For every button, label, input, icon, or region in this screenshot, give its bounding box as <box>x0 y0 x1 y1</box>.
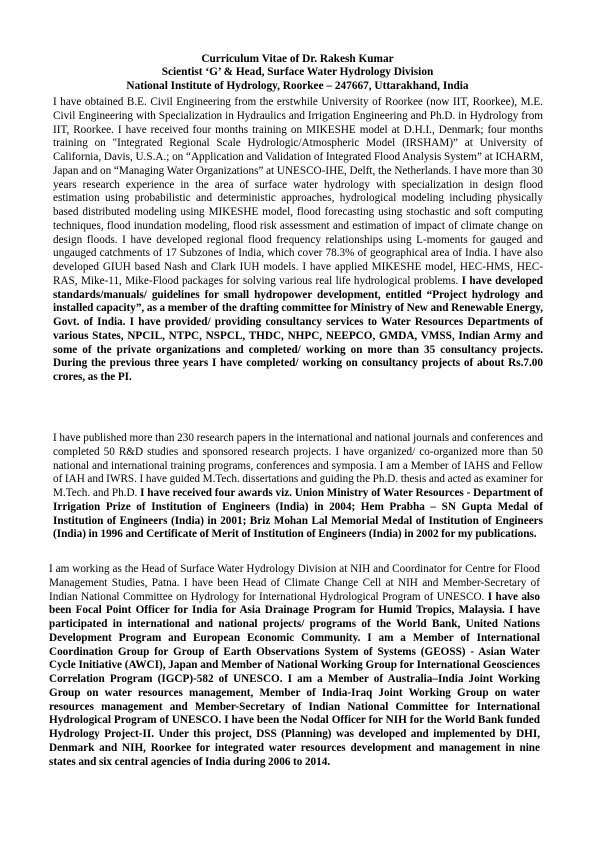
cv-header: Curriculum Vitae of Dr. Rakesh Kumar Sci… <box>0 53 595 93</box>
cv-institute: National Institute of Hydrology, Roorkee… <box>0 80 595 93</box>
paragraph-text: I am working as the Head of Surface Wate… <box>49 563 540 603</box>
paragraph-bold-text: I have developed standards/manuals/ guid… <box>53 275 543 383</box>
paragraph-bold-text: I have also been Focal Point Officer for… <box>49 591 540 768</box>
cv-position: Scientist ‘G’ & Head, Surface Water Hydr… <box>0 66 595 79</box>
document-page: Curriculum Vitae of Dr. Rakesh Kumar Sci… <box>0 0 595 842</box>
paragraph-publications-awards: I have published more than 230 research … <box>53 432 543 542</box>
paragraph-education-experience: I have obtained B.E. Civil Engineering f… <box>53 96 543 385</box>
cv-title: Curriculum Vitae of Dr. Rakesh Kumar <box>0 53 595 66</box>
paragraph-text: I have obtained B.E. Civil Engineering f… <box>53 96 543 287</box>
paragraph-current-roles: I am working as the Head of Surface Wate… <box>49 563 540 769</box>
